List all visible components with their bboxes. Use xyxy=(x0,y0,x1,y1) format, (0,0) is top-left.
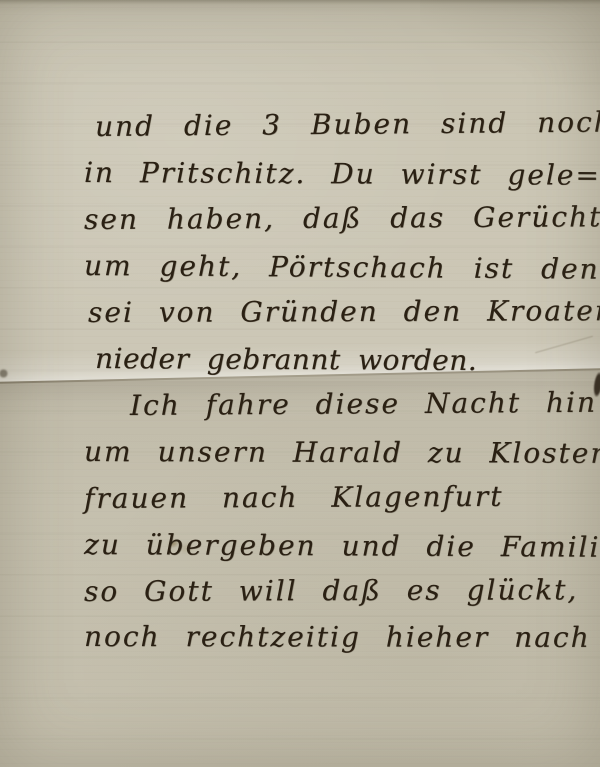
handwritten-line: sen haben, daß das Gerücht xyxy=(84,202,600,236)
handwritten-line: Ich fahre diese Nacht hin xyxy=(130,388,597,422)
handwritten-line: noch rechtzeitig hieher nach xyxy=(84,622,591,654)
handwritten-line: und die 3 Buben sind noch xyxy=(95,107,600,142)
handwritten-line: um unsern Harald zu Kloster= xyxy=(84,437,600,470)
handwritten-line: frauen nach Klagenfurt xyxy=(84,482,504,515)
handwritten-line: sei von Gründen den Kroaten xyxy=(88,296,600,329)
letter-photo: und die 3 Buben sind noch in Pritschitz.… xyxy=(0,0,600,767)
handwritten-line: so Gott will daß es glückt, xyxy=(84,575,578,608)
handwritten-text: und die 3 Buben sind noch in Pritschitz.… xyxy=(0,0,600,767)
handwritten-line: zu übergeben und die Familie, xyxy=(84,530,600,564)
top-right-corner-shading xyxy=(420,0,600,100)
handwritten-line: in Pritschitz. Du wirst gele= xyxy=(84,158,600,192)
handwritten-line: um geht, Pörtschach ist den xyxy=(84,251,600,285)
handwritten-line: nieder gebrannt worden. xyxy=(95,344,477,377)
